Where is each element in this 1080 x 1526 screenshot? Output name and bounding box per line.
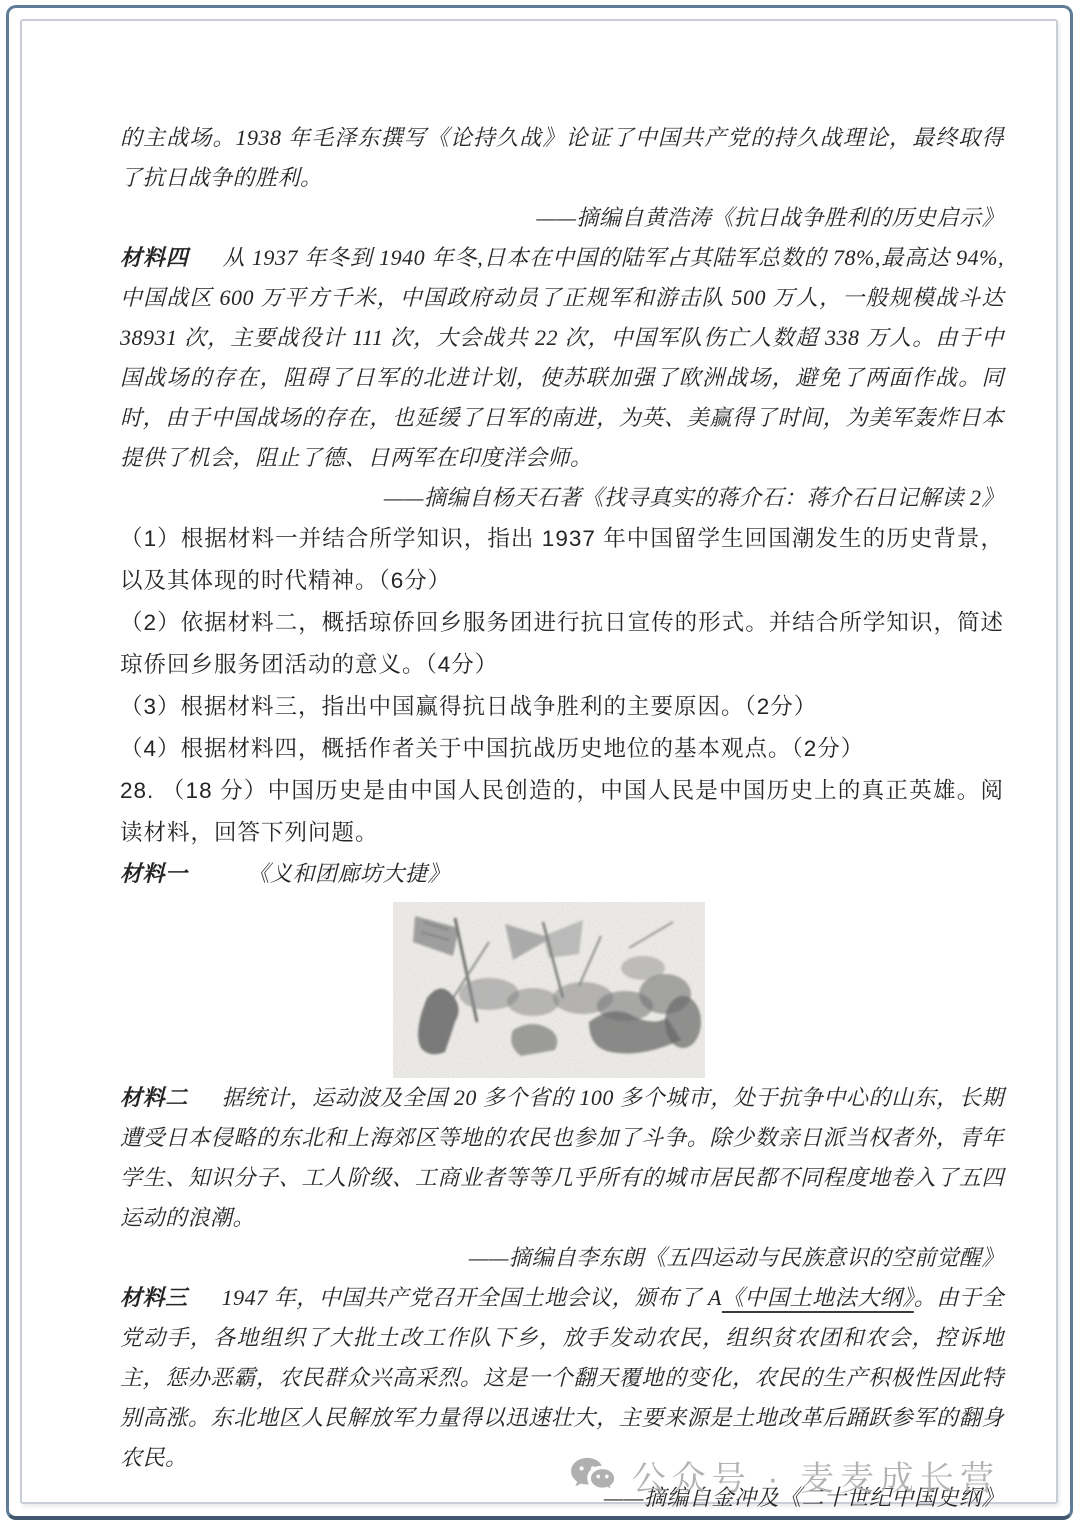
attribution-yangtianshi: ——摘编自杨天石著《找寻真实的蒋介石：蒋介石日记解读 2》 (120, 478, 1004, 518)
material-two-paragraph: 材料二据统计，运动波及全国 20 多个省的 100 多个城市，处于抗争中心的山东… (120, 1078, 1004, 1238)
material-four-label: 材料四 (120, 245, 189, 270)
wechat-icon (570, 1456, 616, 1496)
watermark: 公众号 · 麦麦成长营 (570, 1451, 1000, 1500)
material-three-label: 材料三 (120, 1285, 188, 1310)
material-two-text: 据统计，运动波及全国 20 多个省的 100 多个城市，处于抗争中心的山东，长期… (120, 1085, 1004, 1230)
material-one-label: 材料一 (120, 861, 188, 886)
material-three-text-before: 1947 年，中国共产党召开全国土地会议，颁布了 A (222, 1285, 722, 1310)
material-four-paragraph: 材料四从 1937 年冬到 1940 年冬,日本在中国的陆军占其陆军总数的 78… (120, 238, 1004, 478)
material-three-paragraph: 材料三1947 年，中国共产党召开全国土地会议，颁布了 A《中国土地法大纲》。由… (120, 1278, 1004, 1478)
watermark-text: 公众号 · 麦麦成长营 (632, 1451, 1000, 1500)
attribution-lidonglang: ——摘编自李东朗《五四运动与民族意识的空前觉醒》 (120, 1238, 1004, 1278)
attribution-huanghaotao: ——摘编自黄浩涛《抗日战争胜利的历史启示》 (120, 198, 1004, 238)
continuation-paragraph: 的主战场。1938 年毛泽东撰写《论持久战》论证了中国共产党的持久战理论，最终取… (120, 118, 1004, 198)
question-4: （4）根据材料四，概括作者关于中国抗战历史地位的基本观点。（2分） (120, 728, 1004, 770)
question-3: （3）根据材料三，指出中国赢得抗日战争胜利的主要原因。（2分） (120, 686, 1004, 728)
battle-illustration-svg (393, 902, 705, 1078)
exam-paper-page: 的主战场。1938 年毛泽东撰写《论持久战》论证了中国共产党的持久战理论，最终取… (0, 0, 1080, 1526)
wechat-icon-svg (570, 1456, 616, 1496)
material-four-text: 从 1937 年冬到 1940 年冬,日本在中国的陆军占其陆军总数的 78%,最… (120, 245, 1004, 470)
question-2: （2）依据材料二，概括琼侨回乡服务团进行抗日宣传的形式。并结合所学知识，简述琼侨… (120, 602, 1004, 686)
exam-content: 的主战场。1938 年毛泽东撰写《论持久战》论证了中国共产党的持久战理论，最终取… (120, 118, 1004, 1518)
material-one-line: 材料一《义和团廊坊大捷》 (120, 854, 1004, 894)
material-three-underlined-title: 《中国土地法大纲》 (722, 1285, 914, 1310)
question-28: 28. （18 分）中国历史是由中国人民创造的，中国人民是中国历史上的真正英雄。… (120, 770, 1004, 854)
question-1: （1）根据材料一并结合所学知识，指出 1937 年中国留学生回国潮发生的历史背景… (120, 518, 1004, 602)
material-two-label: 材料二 (120, 1085, 188, 1110)
material-three-text-after: 。由于全党动手，各地组织了大批土改工作队下乡，放手发动农民，组织贫农团和农会，控… (120, 1285, 1004, 1470)
material-one-title: 《义和团廊坊大捷》 (248, 861, 451, 886)
langfang-battle-image (120, 902, 1004, 1078)
